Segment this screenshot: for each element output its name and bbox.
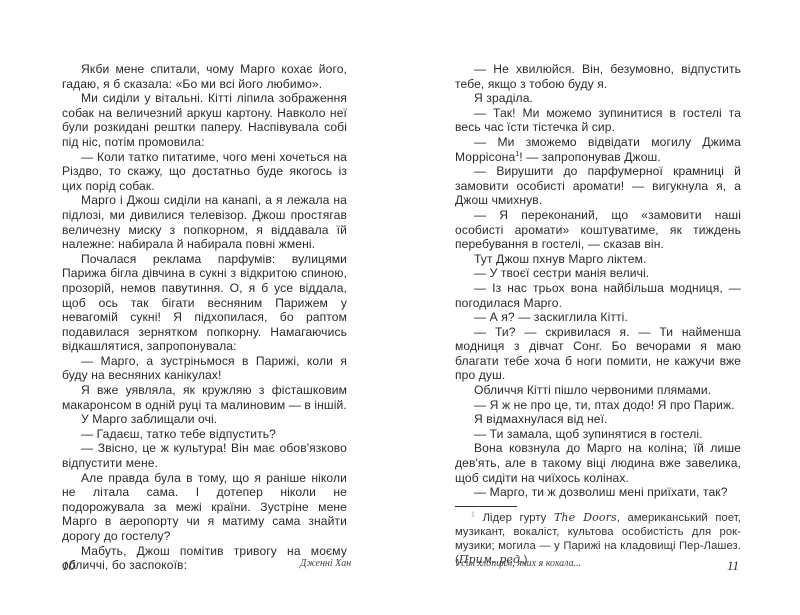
left-page: Якби мене спитали, чому Марго кохає його…: [0, 0, 400, 615]
paragraph: — Звісно, це ж культура! Він має обов'яз…: [62, 441, 347, 470]
paragraph: Тут Джош пхнув Марго ліктем.: [455, 252, 741, 267]
paragraph: — Із нас трьох вона найбільша модниця, —…: [455, 281, 741, 310]
paragraph: — Гадаєш, татко тебе відпустить?: [62, 427, 347, 442]
paragraph: Я відмахнулася від неї.: [455, 412, 741, 427]
paragraph: — А я? — заскиглила Кітті.: [455, 310, 741, 325]
left-page-text: Якби мене спитали, чому Марго кохає його…: [62, 62, 347, 573]
paragraph: — Не хвилюйся. Він, безумовно, відпустит…: [455, 62, 741, 91]
footnote-marker: 1: [471, 511, 475, 518]
paragraph: — Марго, а зустріньмося в Парижі, коли я…: [62, 354, 347, 383]
paragraph: Ми сиділи у вітальні. Кітті ліпила зобра…: [62, 91, 347, 149]
paragraph: Але правда була в тому, що я раніше ніко…: [62, 471, 347, 544]
paragraph: — Вирушити до парфумерної крамниці й зам…: [455, 164, 741, 208]
footnote-divider: [455, 506, 517, 507]
paragraph-text: ! — запропонував Джош.: [519, 150, 661, 164]
running-title-author: Дженні Хан: [300, 558, 351, 569]
paragraph: — Так! Ми можемо зупинитися в гостелі та…: [455, 106, 741, 135]
paragraph-with-footnote: — Ми зможемо відвідати могилу Джима Морр…: [455, 135, 741, 164]
paragraph: Я зраділа.: [455, 91, 741, 106]
paragraph: Марго і Джош сиділи на канапі, а я лежал…: [62, 193, 347, 251]
paragraph: Почалася реклама парфумів: вулицями Пари…: [62, 252, 347, 354]
footnote-text: Лідер гурту: [483, 512, 554, 524]
page-number: 11: [727, 558, 739, 574]
paragraph: Обличчя Кітті пішло червоними плямами.: [455, 383, 741, 398]
right-page: — Не хвилюйся. Він, безумовно, відпустит…: [400, 0, 800, 615]
paragraph: — У твоєї сестри манія величі.: [455, 266, 741, 281]
paragraph: — Ти? — скривилася я. — Ти найменша модн…: [455, 325, 741, 383]
paragraph: — Я ж не про це, ти, птах додо! Я про Па…: [455, 398, 741, 413]
paragraph: Якби мене спитали, чому Марго кохає його…: [62, 62, 347, 91]
paragraph: Я вже уявляла, як кружляю з фісташковим …: [62, 383, 347, 412]
paragraph: Вона ковзнула до Марго на коліна; їй лиш…: [455, 441, 741, 485]
right-page-text: — Не хвилюйся. Він, безумовно, відпустит…: [455, 62, 741, 567]
band-name: The Doors: [554, 511, 617, 524]
paragraph: — Коли татко питатиме, чого мені хочетьс…: [62, 150, 347, 194]
paragraph: — Ти замала, щоб зупинятися в гостелі.: [455, 427, 741, 442]
paragraph: У Марго заблищали очі.: [62, 412, 347, 427]
running-title-book: Усім хлопцям, яких я кохала...: [455, 558, 581, 569]
paragraph: — Я переконаний, що «замовити наші особи…: [455, 208, 741, 252]
page-number: 10: [62, 558, 75, 574]
paragraph: — Марго, ти ж дозволиш мені приїхати, та…: [455, 485, 741, 500]
